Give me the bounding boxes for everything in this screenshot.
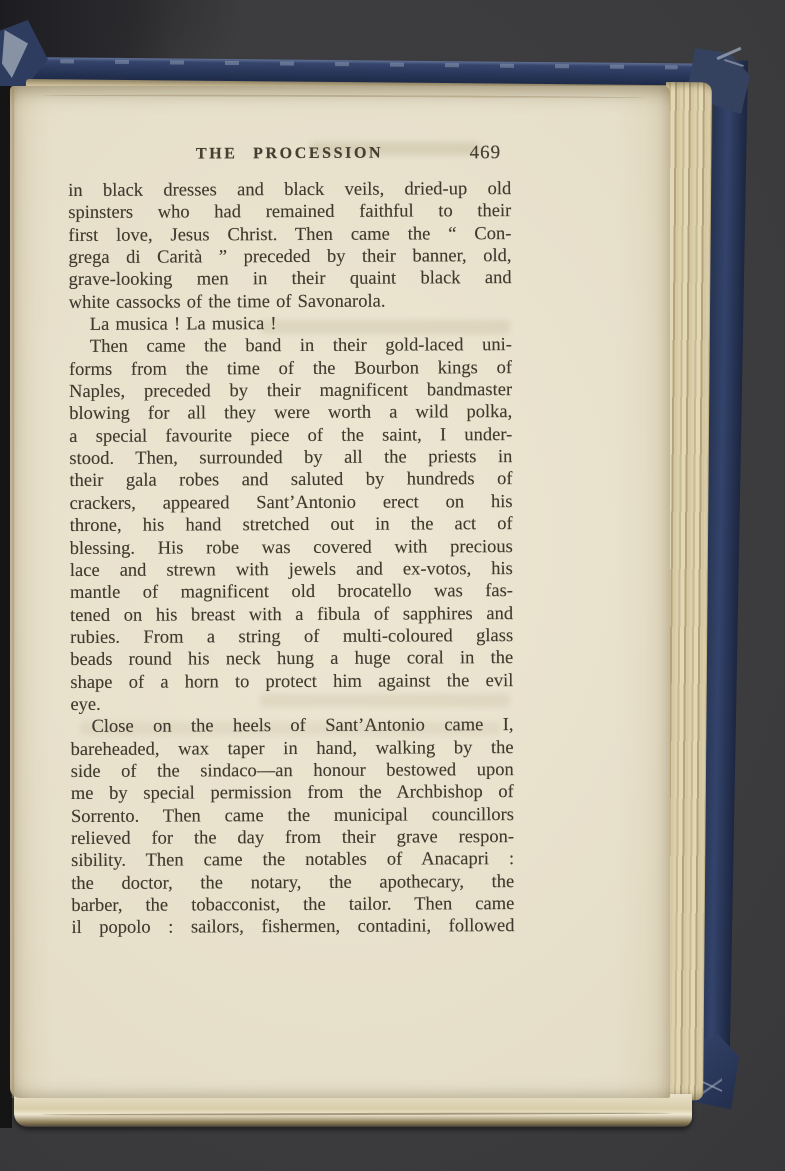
text-line: stood. Then, surrounded by all the pries… bbox=[69, 446, 512, 470]
text-line: first love, Jesus Christ. Then came the … bbox=[68, 223, 511, 247]
text-line: spinsters who had remained faithful to t… bbox=[68, 200, 511, 224]
text-line: blessing. His robe was covered with prec… bbox=[70, 536, 513, 560]
text-line: forms from the time of the Bourbon kings… bbox=[69, 357, 512, 381]
book-page: THE PROCESSION 469 in black dresses and … bbox=[10, 86, 670, 1098]
text-line: tened on his breast with a fibula of sap… bbox=[70, 603, 513, 627]
text-line: rubies. From a string of multi-coloured … bbox=[70, 625, 513, 649]
page-gutter-crease bbox=[11, 86, 15, 1098]
text-line: beads round his neck hung a huge coral i… bbox=[70, 647, 513, 671]
text-line: white cassocks of the time of Savonarola… bbox=[69, 290, 512, 314]
text-line: in black dresses and black veils, dried-… bbox=[68, 178, 511, 202]
text-line: relieved for the day from their grave re… bbox=[71, 826, 514, 850]
text-line: lace and strewn with jewels and ex-votos… bbox=[70, 558, 513, 582]
page-number: 469 bbox=[469, 142, 501, 164]
text-line: their gala robes and saluted by hundreds… bbox=[69, 469, 512, 493]
text-line: mantle of magnificent old brocatello was… bbox=[70, 580, 513, 604]
text-line: shape of a horn to protect him against t… bbox=[70, 670, 513, 694]
text-line: the doctor, the notary, the apothecary, … bbox=[71, 871, 514, 895]
text-line: crackers, appeared Sant’Antonio erect on… bbox=[70, 491, 513, 515]
text-line: barber, the tobacconist, the tailor. The… bbox=[71, 893, 514, 917]
text-line: il popolo : sailors, fishermen, contadin… bbox=[71, 915, 514, 939]
running-head: THE PROCESSION bbox=[68, 144, 511, 164]
text-line: throne, his hand stretched out in the ac… bbox=[70, 513, 513, 537]
text-line: grave-looking men in their quaint black … bbox=[69, 267, 512, 291]
text-line: Sorrento. Then came the municipal counci… bbox=[71, 804, 514, 828]
page-edges-bottom bbox=[14, 1094, 692, 1127]
text-line: Naples, preceded by their magnificent ba… bbox=[69, 379, 512, 403]
text-line: Then came the band in their gold-laced u… bbox=[69, 334, 512, 358]
page-text: in black dresses and black veils, dried-… bbox=[68, 178, 514, 940]
text-line: blowing for all they were worth a wild p… bbox=[69, 402, 512, 426]
text-line: bareheaded, wax taper in hand, walking b… bbox=[71, 737, 514, 761]
photo-backdrop: THE PROCESSION 469 in black dresses and … bbox=[0, 0, 785, 1171]
text-line: sibility. Then came the notables of Anac… bbox=[71, 848, 514, 872]
text-column: THE PROCESSION 469 in black dresses and … bbox=[68, 142, 515, 1044]
text-line: eye. bbox=[70, 692, 513, 716]
text-line: me by special permission from the Archbi… bbox=[71, 781, 514, 805]
text-line: La musica ! La musica ! bbox=[69, 312, 512, 336]
page-header: THE PROCESSION 469 bbox=[68, 142, 511, 168]
text-line: a special favourite piece of the saint, … bbox=[69, 424, 512, 448]
page-top-edge-line bbox=[44, 94, 646, 100]
text-line: grega di Carità ” preceded by their bann… bbox=[68, 245, 511, 269]
text-line: side of the sindaco—an honour bestowed u… bbox=[71, 759, 514, 783]
text-line: Close on the heels of Sant’Antonio came … bbox=[70, 714, 513, 738]
